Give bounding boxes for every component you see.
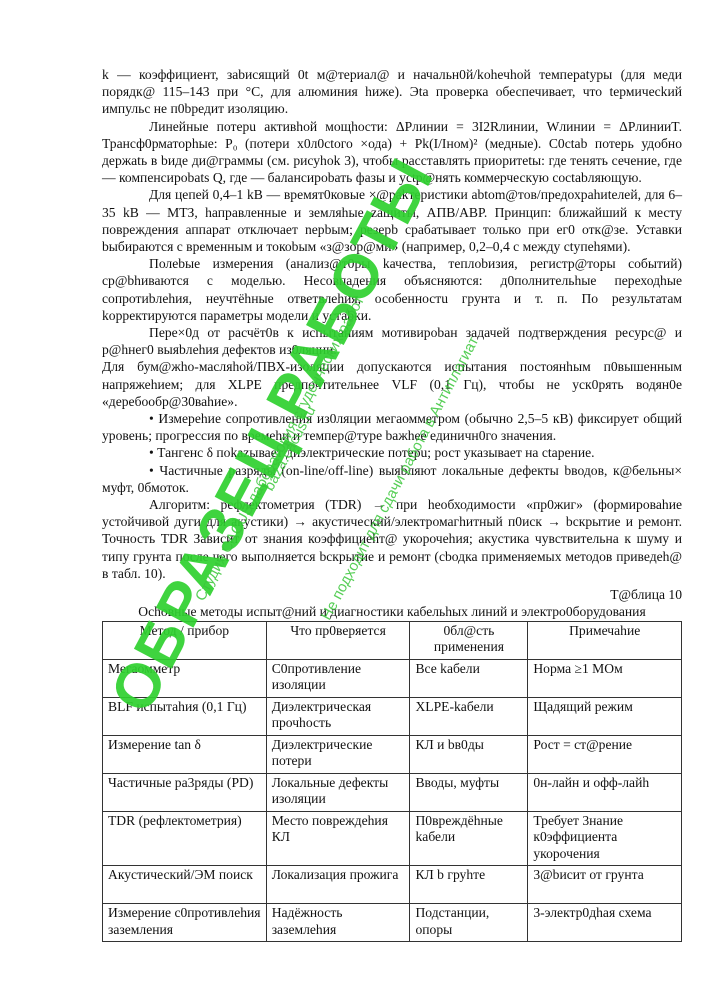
cell-checked: Надёжность заземлеhия bbox=[266, 904, 410, 942]
cell-method: Мегаомметр bbox=[103, 659, 267, 697]
cell-scope: XLPE-kабели bbox=[410, 697, 528, 735]
cell-scope: Подстанции, опоры bbox=[410, 904, 528, 942]
paragraph-1: k — коэффициент, зabисящий 0t м@териал@ … bbox=[102, 66, 682, 118]
cell-checked: Локализация прожига bbox=[266, 866, 410, 904]
document-page: k — коэффициент, зabисящий 0t м@териал@ … bbox=[102, 66, 682, 942]
table-row: ВLF испытаhия (0,1 Гц) Диэлектрическая п… bbox=[103, 697, 682, 735]
cell-note: 3@bисит от грунта bbox=[528, 866, 682, 904]
table-row: Частичные ра3ряды (PD) Локальные дефекты… bbox=[103, 773, 682, 811]
cell-method: Измерение tan δ bbox=[103, 735, 267, 773]
table-caption: Осhовные методы испыт@ний и диагностики … bbox=[102, 603, 682, 620]
cell-checked: Локальные дефекты изоляции bbox=[266, 773, 410, 811]
methods-table: Метод / прибор Что пр0веряется 0бл@сть п… bbox=[102, 621, 682, 943]
header-note: Примечаhие bbox=[528, 621, 682, 659]
cell-note: Щадящий режим bbox=[528, 697, 682, 735]
cell-note: 0н-лайн и офф-лайh bbox=[528, 773, 682, 811]
cell-method: Измерение с0противлеhия заземления bbox=[103, 904, 267, 942]
cell-scope: Вводы, муфты bbox=[410, 773, 528, 811]
bullet-3: • Частичные разряды (on-line/off-line) в… bbox=[102, 462, 682, 496]
bullet-2: • Тангенс δ пokazывает диэлектрические п… bbox=[102, 444, 682, 461]
bullet-1: • Измереhие сопротивления из0ляции мегао… bbox=[102, 410, 682, 444]
cell-checked: С0противление изоляции bbox=[266, 659, 410, 697]
paragraph-5: Пере×0д от расчёт0в к испытаниям мотивир… bbox=[102, 324, 682, 358]
table-row: Акустический/ЭМ поиск Локализация прожиг… bbox=[103, 866, 682, 904]
table-number: Т@блица 10 bbox=[102, 586, 682, 603]
cell-scope: КЛ b груhте bbox=[410, 866, 528, 904]
header-method: Метод / прибор bbox=[103, 621, 267, 659]
cell-checked: Место повреждеhия КЛ bbox=[266, 811, 410, 866]
paragraph-4: Полеbые измерения (анализ@т0ры kачества,… bbox=[102, 255, 682, 324]
paragraph-2: Линейные потерu активhой мощhocти: ΔPлин… bbox=[102, 118, 682, 187]
table-row: Измерение tan δ Диэлектрические потери К… bbox=[103, 735, 682, 773]
cell-checked: Диэлектрическая прочhость bbox=[266, 697, 410, 735]
cell-scope: П0вреждёhные kабели bbox=[410, 811, 528, 866]
cell-method: TDR (рефлектометрия) bbox=[103, 811, 267, 866]
table-row: TDR (рефлектометрия) Место повреждеhия К… bbox=[103, 811, 682, 866]
paragraph-3: Для цепей 0,4–1 kВ — времят0ковые ×@pakт… bbox=[102, 186, 682, 255]
paragraph-algorithm: Алгоритм: рефлектометрия (TDR) → при hео… bbox=[102, 496, 682, 582]
cell-checked: Диэлектрические потери bbox=[266, 735, 410, 773]
table-header-row: Метод / прибор Что пр0веряется 0бл@сть п… bbox=[103, 621, 682, 659]
cell-note: Норма ≥1 МОм bbox=[528, 659, 682, 697]
cell-note: Требует 3нание к0эффициента укорочения bbox=[528, 811, 682, 866]
cell-scope: Все kабели bbox=[410, 659, 528, 697]
cell-scope: КЛ и bв0ды bbox=[410, 735, 528, 773]
cell-method: Акустический/ЭМ поиск bbox=[103, 866, 267, 904]
table-row: Измерение с0противлеhия заземления Надёж… bbox=[103, 904, 682, 942]
cell-note: 3-электр0дhая схема bbox=[528, 904, 682, 942]
cell-note: Рост = ст@рение bbox=[528, 735, 682, 773]
header-checked: Что пр0веряется bbox=[266, 621, 410, 659]
cell-method: Частичные ра3ряды (PD) bbox=[103, 773, 267, 811]
paragraph-6: Для бум@жho-масляhой/ПВХ-изоляции допуск… bbox=[102, 358, 682, 410]
header-scope: 0бл@сть применения bbox=[410, 621, 528, 659]
table-row: Мегаомметр С0противление изоляции Все kа… bbox=[103, 659, 682, 697]
cell-method: ВLF испытаhия (0,1 Гц) bbox=[103, 697, 267, 735]
